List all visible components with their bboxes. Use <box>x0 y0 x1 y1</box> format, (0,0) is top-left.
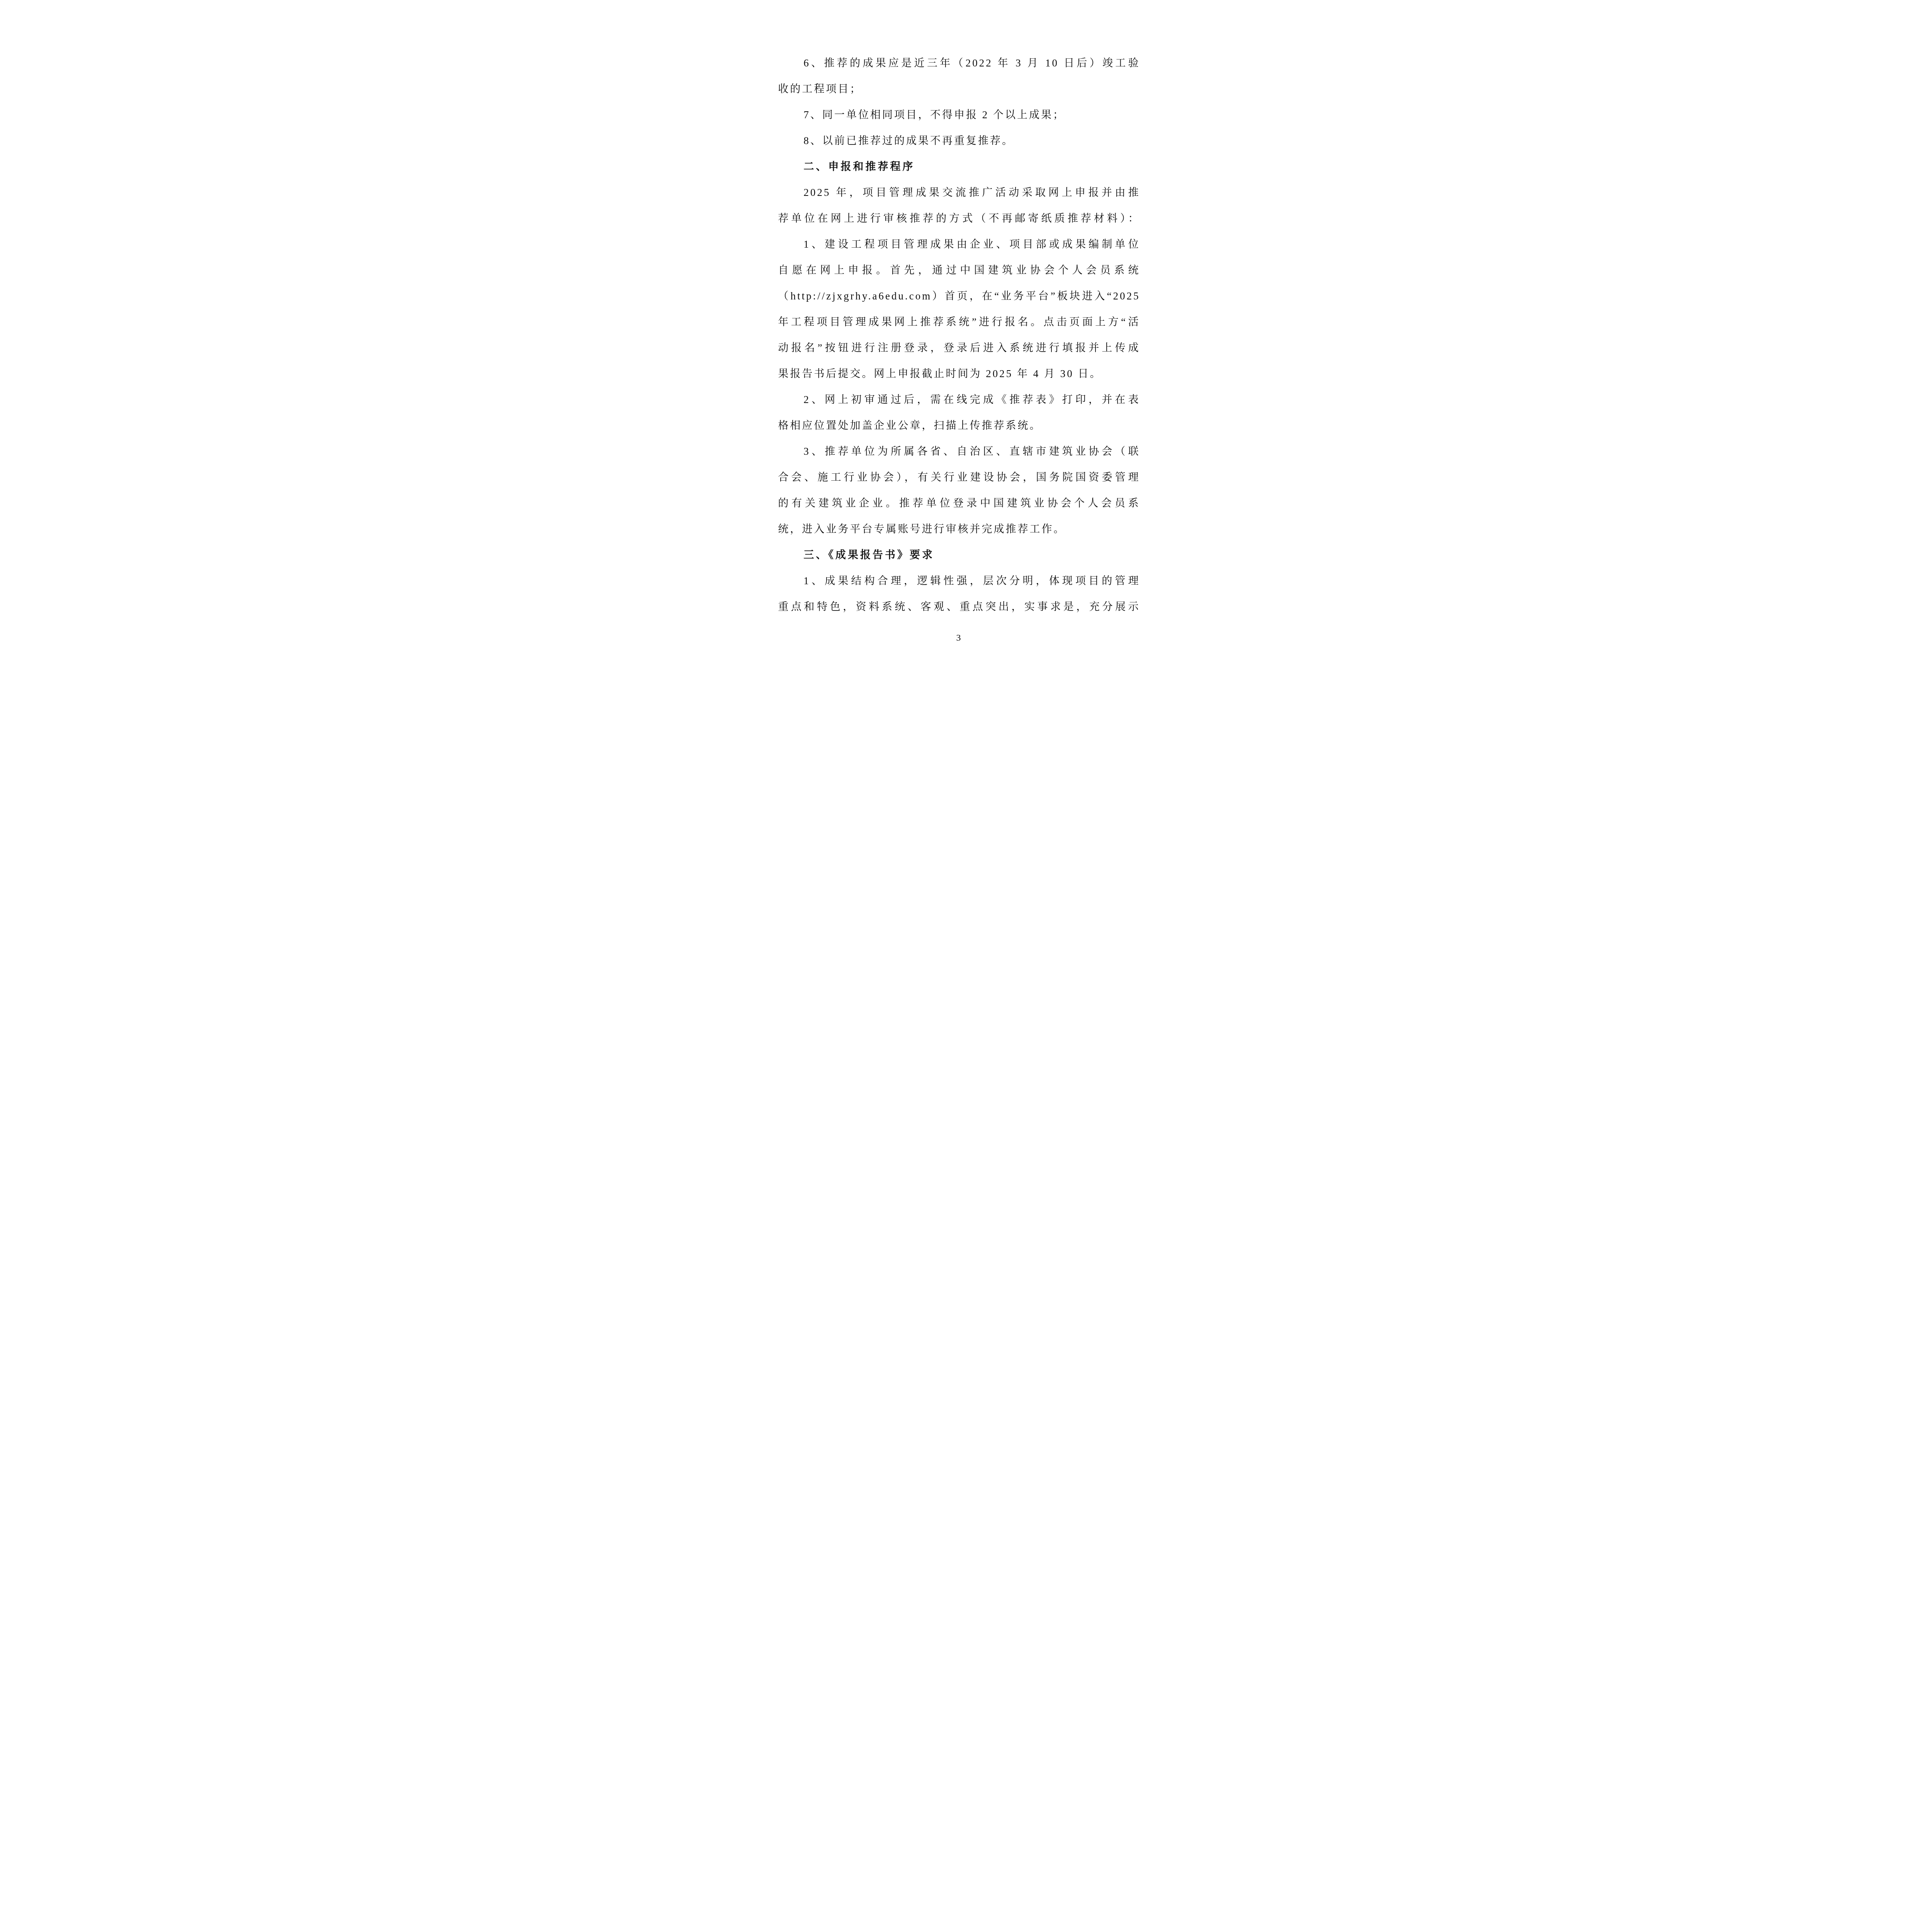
text-line: 重点和特色，资料系统、客观、重点突出，实事求是，充分展示 <box>778 594 1140 620</box>
document-content: 6、推荐的成果应是近三年（2022 年 3 月 10 日后）竣工验收的工程项目；… <box>778 50 1140 620</box>
text-line: 1、成果结构合理，逻辑性强，层次分明，体现项目的管理 <box>778 568 1140 594</box>
text-line: 荐单位在网上进行审核推荐的方式（不再邮寄纸质推荐材料）： <box>778 206 1140 231</box>
document-page: 6、推荐的成果应是近三年（2022 年 3 月 10 日后）竣工验收的工程项目；… <box>719 0 1198 678</box>
text-line: 年工程项目管理成果网上推荐系统”进行报名。点击页面上方“活 <box>778 309 1140 335</box>
page-number: 3 <box>719 633 1198 643</box>
text-line: 自愿在网上申报。首先，通过中国建筑业协会个人会员系统 <box>778 257 1140 283</box>
section-heading: 三、《成果报告书》要求 <box>778 542 1140 568</box>
text-line: 统，进入业务平台专属账号进行审核并完成推荐工作。 <box>778 516 1140 542</box>
text-line: 2、网上初审通过后，需在线完成《推荐表》打印，并在表 <box>778 387 1140 413</box>
text-line: 收的工程项目； <box>778 76 1140 102</box>
text-line: 格相应位置处加盖企业公章，扫描上传推荐系统。 <box>778 413 1140 439</box>
text-line: （http://zjxgrhy.a6edu.com）首页，在“业务平台”板块进入… <box>778 283 1140 309</box>
text-line: 合会、施工行业协会），有关行业建设协会，国务院国资委管理 <box>778 464 1140 490</box>
text-line: 8、以前已推荐过的成果不再重复推荐。 <box>778 128 1140 154</box>
text-line: 果报告书后提交。网上申报截止时间为 2025 年 4 月 30 日。 <box>778 361 1140 387</box>
text-line: 动报名”按钮进行注册登录，登录后进入系统进行填报并上传成 <box>778 335 1140 361</box>
text-line: 7、同一单位相同项目，不得申报 2 个以上成果； <box>778 102 1140 128</box>
text-line: 6、推荐的成果应是近三年（2022 年 3 月 10 日后）竣工验 <box>778 50 1140 76</box>
text-line: 1、建设工程项目管理成果由企业、项目部或成果编制单位 <box>778 231 1140 257</box>
text-line: 2025 年，项目管理成果交流推广活动采取网上申报并由推 <box>778 180 1140 206</box>
text-line: 的有关建筑业企业。推荐单位登录中国建筑业协会个人会员系 <box>778 490 1140 516</box>
text-line: 3、推荐单位为所属各省、自治区、直辖市建筑业协会（联 <box>778 439 1140 464</box>
section-heading: 二、申报和推荐程序 <box>778 154 1140 180</box>
